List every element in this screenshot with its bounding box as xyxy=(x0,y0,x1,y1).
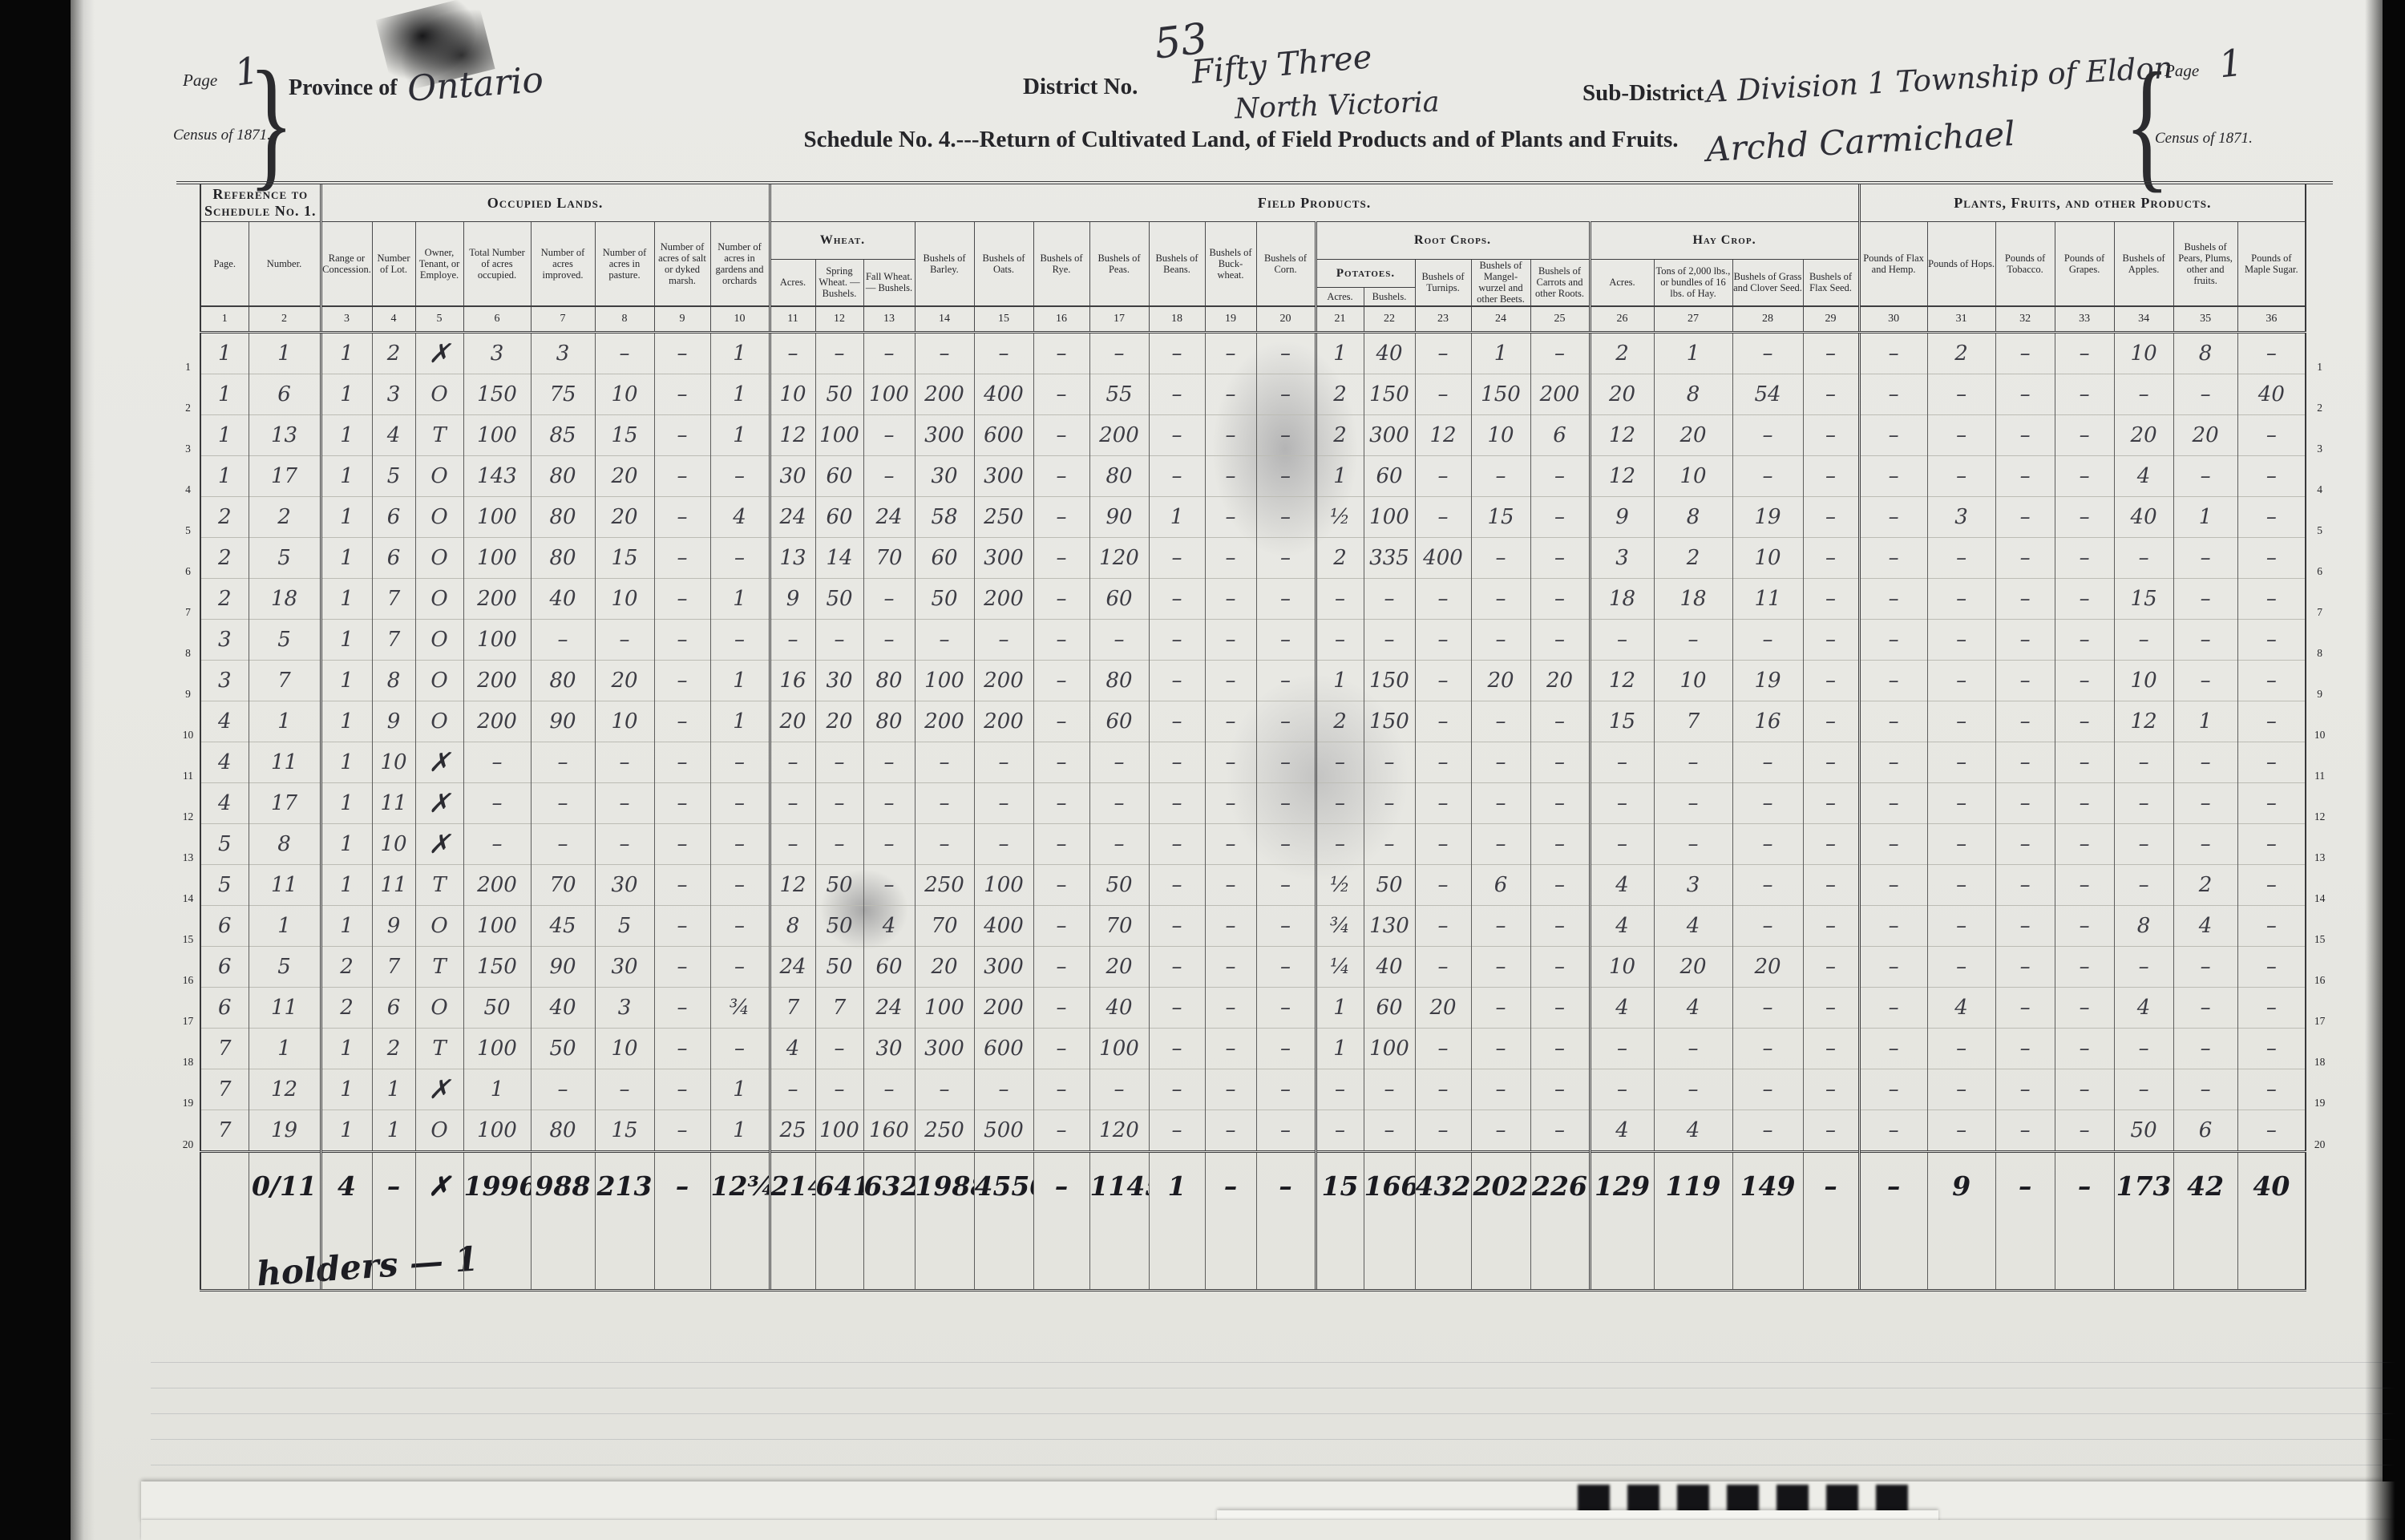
table-cell: 7 xyxy=(249,660,321,701)
table-cell: – xyxy=(1149,742,1205,782)
table-cell: – xyxy=(1732,1110,1803,1151)
column-number: 2 xyxy=(249,306,321,333)
table-cell: – xyxy=(863,578,915,619)
table-cell: T xyxy=(415,414,463,455)
table-cell: – xyxy=(2237,905,2306,946)
table-cell: 12¾ xyxy=(710,1151,770,1220)
table-cell: – xyxy=(2055,1028,2114,1069)
table-cell: – xyxy=(1364,1110,1415,1151)
table-cell: – xyxy=(1256,782,1316,823)
table-cell: 20 xyxy=(1415,987,1471,1028)
table-cell: – xyxy=(1471,701,1530,742)
table-cell: 100 xyxy=(1364,1028,1415,1069)
table-cell: – xyxy=(974,619,1033,660)
table-cell: 3 xyxy=(463,332,531,374)
table-cell: 50 xyxy=(2114,1110,2173,1151)
table-cell: 988 xyxy=(531,1151,595,1220)
table-cell: – xyxy=(1859,987,1927,1028)
table-cell: 7 xyxy=(1654,701,1732,742)
table-cell: – xyxy=(1256,1028,1316,1069)
table-cell: – xyxy=(1316,1110,1364,1151)
table-cell: – xyxy=(2237,332,2306,374)
table-cell: 58 xyxy=(915,496,974,537)
table-cell: – xyxy=(1316,823,1364,864)
column-header: Pounds of Tobacco. xyxy=(1995,222,2055,306)
table-cell: – xyxy=(1732,332,1803,374)
table-cell: 149 xyxy=(1732,1151,1803,1220)
table-cell: – xyxy=(2237,1069,2306,1110)
table-cell: 4 xyxy=(1654,987,1732,1028)
table-cell: O xyxy=(415,660,463,701)
row-number xyxy=(2306,1151,2333,1220)
column-header: Bushels of Barley. xyxy=(915,222,974,306)
table-cell: – xyxy=(1803,619,1859,660)
table-cell: – xyxy=(2055,414,2114,455)
table-cell: – xyxy=(1530,1069,1590,1110)
table-cell: – xyxy=(863,414,915,455)
table-cell: 2 xyxy=(1927,332,1995,374)
table-cell: 100 xyxy=(815,414,863,455)
table-cell: 4 xyxy=(770,1028,815,1069)
table-cell: – xyxy=(1803,1069,1859,1110)
table-cell: 632 xyxy=(863,1151,915,1220)
table-cell: – xyxy=(1859,619,1927,660)
empty-cell xyxy=(1415,1220,1471,1291)
table-cell: 20 xyxy=(595,455,654,496)
table-cell: 250 xyxy=(915,864,974,905)
table-cell: 2 xyxy=(1316,537,1364,578)
table-cell: 1 xyxy=(372,1069,415,1110)
column-header: Owner, Tenant, or Employe. xyxy=(415,222,463,306)
table-cell: – xyxy=(863,619,915,660)
empty-cell xyxy=(1364,1220,1415,1291)
table-cell: 10 xyxy=(595,578,654,619)
table-cell: – xyxy=(1471,987,1530,1028)
empty-cell xyxy=(1033,1220,1089,1291)
table-cell: – xyxy=(1530,946,1590,987)
table-cell: 4 xyxy=(1590,987,1654,1028)
table-cell: – xyxy=(1859,864,1927,905)
table-cell: – xyxy=(1149,701,1205,742)
table-cell: – xyxy=(1316,619,1364,660)
empty-cell xyxy=(815,1220,863,1291)
table-cell: 54 xyxy=(1732,374,1803,414)
table-cell: – xyxy=(2173,946,2237,987)
table-cell: 30 xyxy=(595,946,654,987)
table-cell: – xyxy=(2114,374,2173,414)
empty-cell xyxy=(1530,1220,1590,1291)
table-cell: – xyxy=(654,905,710,946)
table-cell: – xyxy=(2173,823,2237,864)
column-number: 19 xyxy=(1205,306,1256,333)
column-header: Spring Wheat. — Bushels. xyxy=(815,260,863,306)
table-cell: – xyxy=(1415,782,1471,823)
province-label: Province of xyxy=(289,75,398,101)
column-header: Bushels of Oats. xyxy=(974,222,1033,306)
table-cell: – xyxy=(1149,455,1205,496)
table-cell: 9 xyxy=(372,701,415,742)
table-cell: – xyxy=(1364,742,1415,782)
table-cell: 11 xyxy=(372,864,415,905)
table-cell: 70 xyxy=(531,864,595,905)
table-cell: – xyxy=(1256,1110,1316,1151)
column-number: 20 xyxy=(1256,306,1316,333)
table-cell: – xyxy=(2055,946,2114,987)
empty-cell xyxy=(1927,1220,1995,1291)
empty-cell xyxy=(2114,1220,2173,1291)
row-number: 7 xyxy=(176,578,200,619)
table-cell: – xyxy=(710,537,770,578)
table-cell: 1 xyxy=(321,578,372,619)
column-number: 5 xyxy=(415,306,463,333)
table-cell: – xyxy=(710,823,770,864)
table-cell: 200 xyxy=(463,578,531,619)
table-cell: – xyxy=(1732,1069,1803,1110)
table-cell: – xyxy=(1149,374,1205,414)
table-cell: – xyxy=(1471,946,1530,987)
table-cell: – xyxy=(1859,537,1927,578)
table-cell: – xyxy=(1205,987,1256,1028)
table-cell: – xyxy=(1995,660,2055,701)
column-header: Number. xyxy=(249,222,321,306)
table-cell: – xyxy=(1803,578,1859,619)
column-header: Pounds of Grapes. xyxy=(2055,222,2114,306)
row-number: 19 xyxy=(2306,1069,2333,1110)
table-cell: – xyxy=(770,619,815,660)
empty-cell xyxy=(2237,1220,2306,1291)
column-number: 8 xyxy=(595,306,654,333)
row-number: 20 xyxy=(176,1110,200,1151)
table-cell: 4 xyxy=(710,496,770,537)
table-cell: – xyxy=(1530,987,1590,1028)
table-cell: 16 xyxy=(1732,701,1803,742)
table-cell: – xyxy=(1364,1069,1415,1110)
table-cell: 2 xyxy=(200,537,249,578)
table-cell: 1 xyxy=(321,496,372,537)
empty-cell xyxy=(1149,1220,1205,1291)
table-cell: 2 xyxy=(1316,374,1364,414)
table-cell: – xyxy=(2114,782,2173,823)
table-cell: – xyxy=(1995,742,2055,782)
column-header: Bushels of Beans. xyxy=(1149,222,1205,306)
table-cell: 7 xyxy=(770,987,815,1028)
table-cell: – xyxy=(2237,823,2306,864)
table-cell: – xyxy=(1732,905,1803,946)
empty-cell xyxy=(1590,1220,1654,1291)
table-cell: 7 xyxy=(372,619,415,660)
subgroup-header: Wheat. xyxy=(770,222,915,260)
table-cell: – xyxy=(1995,496,2055,537)
table-cell: 5 xyxy=(249,537,321,578)
table-cell: 80 xyxy=(1089,660,1149,701)
table-cell: – xyxy=(1732,455,1803,496)
column-number: 9 xyxy=(654,306,710,333)
table-cell: – xyxy=(654,782,710,823)
table-cell: 40 xyxy=(2114,496,2173,537)
table-cell: 1 xyxy=(321,619,372,660)
table-cell: – xyxy=(2237,864,2306,905)
table-cell: ¾ xyxy=(1316,905,1364,946)
table-cell: – xyxy=(1415,374,1471,414)
table-cell: 4550 xyxy=(974,1151,1033,1220)
table-cell: 100 xyxy=(463,414,531,455)
table-cell: – xyxy=(1256,905,1316,946)
table-cell: – xyxy=(1149,619,1205,660)
column-header: Pounds of Flax and Hemp. xyxy=(1859,222,1927,306)
table-cell: 100 xyxy=(463,496,531,537)
table-cell: 9 xyxy=(770,578,815,619)
column-header: Number of acres in pasture. xyxy=(595,222,654,306)
table-cell: 18 xyxy=(249,578,321,619)
row-number: 1 xyxy=(2306,332,2333,374)
table-cell: 90 xyxy=(531,701,595,742)
table-cell: 1 xyxy=(321,1028,372,1069)
table-cell: 12 xyxy=(770,414,815,455)
table-cell: 20 xyxy=(1471,660,1530,701)
table-cell: – xyxy=(1256,619,1316,660)
column-header: Number of Lot. xyxy=(372,222,415,306)
table-cell: 130 xyxy=(1364,905,1415,946)
row-number: 3 xyxy=(176,414,200,455)
table-cell: 1 xyxy=(710,701,770,742)
table-cell: 2 xyxy=(321,987,372,1028)
table-cell: – xyxy=(974,1069,1033,1110)
subgroup-header: Potatoes. xyxy=(1316,260,1415,288)
table-cell: – xyxy=(1859,578,1927,619)
row-number: 17 xyxy=(2306,987,2333,1028)
table-cell: – xyxy=(2055,742,2114,782)
table-cell: – xyxy=(1256,414,1316,455)
table-cell: 1 xyxy=(321,332,372,374)
subdistrict-label: Sub-District xyxy=(1582,80,1704,107)
table-cell: – xyxy=(1415,905,1471,946)
table-cell: – xyxy=(1205,1028,1256,1069)
table-cell: – xyxy=(1803,1028,1859,1069)
table-cell: – xyxy=(1732,619,1803,660)
empty-cell xyxy=(249,1220,321,1291)
table-cell: 75 xyxy=(531,374,595,414)
row-number-gutter xyxy=(176,183,200,332)
table-cell: 3 xyxy=(200,660,249,701)
table-cell: – xyxy=(710,455,770,496)
table-cell: 3 xyxy=(1927,496,1995,537)
table-cell: 60 xyxy=(815,455,863,496)
table-cell: – xyxy=(1732,987,1803,1028)
table-cell: 100 xyxy=(863,374,915,414)
table-cell: – xyxy=(1803,496,1859,537)
subdistrict-value: A Division 1 Township of Eldon xyxy=(1705,51,2173,109)
table-cell: – xyxy=(1471,537,1530,578)
table-cell: – xyxy=(1859,374,1927,414)
table-cell: – xyxy=(1033,1069,1089,1110)
table-cell: 50 xyxy=(531,1028,595,1069)
table-cell: – xyxy=(1859,823,1927,864)
table-cell: – xyxy=(1205,905,1256,946)
table-cell: – xyxy=(974,742,1033,782)
table-cell: – xyxy=(1732,1028,1803,1069)
table-cell: 1 xyxy=(200,455,249,496)
table-cell: – xyxy=(770,332,815,374)
table-cell: – xyxy=(1316,578,1364,619)
table-cell: 40 xyxy=(1089,987,1149,1028)
table-cell: 10 xyxy=(2114,332,2173,374)
row-number: 12 xyxy=(2306,782,2333,823)
table-cell: 100 xyxy=(815,1110,863,1151)
table-cell: – xyxy=(654,374,710,414)
table-cell: 1 xyxy=(321,1069,372,1110)
table-cell: 400 xyxy=(1415,537,1471,578)
table-cell: – xyxy=(1149,823,1205,864)
table-cell: – xyxy=(2114,946,2173,987)
table-cell: 1665 xyxy=(1364,1151,1415,1220)
table-cell: – xyxy=(1530,905,1590,946)
table-cell: 4 xyxy=(1590,1110,1654,1151)
table-cell: 3 xyxy=(1590,537,1654,578)
table-cell: 120 xyxy=(1089,537,1149,578)
table-cell: 200 xyxy=(974,701,1033,742)
table-cell: – xyxy=(1205,619,1256,660)
table-cell: 6 xyxy=(372,987,415,1028)
table-cell: 6 xyxy=(1471,864,1530,905)
column-header: Bushels of Flax Seed. xyxy=(1803,260,1859,306)
table-cell: – xyxy=(1033,332,1089,374)
empty-cell xyxy=(321,1220,372,1291)
table-cell: 100 xyxy=(463,905,531,946)
table-cell: – xyxy=(1033,946,1089,987)
table-cell: – xyxy=(2114,864,2173,905)
table-cell: 85 xyxy=(531,414,595,455)
row-number: 17 xyxy=(176,987,200,1028)
table-cell: – xyxy=(1654,1069,1732,1110)
column-header: Fall Wheat. — Bushels. xyxy=(863,260,915,306)
column-number: 31 xyxy=(1927,306,1995,333)
table-cell: 7 xyxy=(815,987,863,1028)
table-cell: – xyxy=(1530,701,1590,742)
table-cell: 20 xyxy=(2173,414,2237,455)
table-cell: – xyxy=(815,1028,863,1069)
table-cell: – xyxy=(1927,1110,1995,1151)
table-cell: 10 xyxy=(595,701,654,742)
row-number: 8 xyxy=(2306,619,2333,660)
table-cell: – xyxy=(531,782,595,823)
row-number: 2 xyxy=(176,374,200,414)
table-cell: 60 xyxy=(915,537,974,578)
table-cell: ½ xyxy=(1316,864,1364,905)
column-number: 3 xyxy=(321,306,372,333)
table-cell: – xyxy=(1205,414,1256,455)
table-cell: 100 xyxy=(463,537,531,578)
table-body: 11112✗33––1––––––––––140–1–21–––2––108–1… xyxy=(176,332,2333,1290)
table-cell: 12 xyxy=(2114,701,2173,742)
table-cell: – xyxy=(1530,455,1590,496)
table-cell: 300 xyxy=(974,537,1033,578)
column-header: Acres. xyxy=(770,260,815,306)
table-cell: 13 xyxy=(770,537,815,578)
table-cell: – xyxy=(1364,782,1415,823)
table-cell: 10 xyxy=(595,1028,654,1069)
table-cell: – xyxy=(974,823,1033,864)
table-cell: – xyxy=(1256,455,1316,496)
table-cell: – xyxy=(1415,455,1471,496)
table-cell: 1 xyxy=(200,414,249,455)
empty-cell xyxy=(1256,1220,1316,1291)
table-cell: – xyxy=(915,782,974,823)
district-name: North Victoria xyxy=(1234,87,1440,126)
table-cell: 5 xyxy=(249,619,321,660)
table-cell: – xyxy=(1803,987,1859,1028)
column-header: Bushels of Turnips. xyxy=(1415,260,1471,306)
table-cell: – xyxy=(2173,374,2237,414)
table-cell: 90 xyxy=(1089,496,1149,537)
table-cell: – xyxy=(1927,946,1995,987)
empty-cell xyxy=(974,1220,1033,1291)
table-cell: – xyxy=(1995,619,2055,660)
table-cell: 5 xyxy=(200,864,249,905)
table-cell: – xyxy=(863,332,915,374)
table-cell: 7 xyxy=(372,946,415,987)
column-number: 12 xyxy=(815,306,863,333)
table-cell: 7 xyxy=(372,578,415,619)
row-number: 18 xyxy=(176,1028,200,1069)
empty-cell xyxy=(863,1220,915,1291)
table-cell: 119 xyxy=(1654,1151,1732,1220)
empty-cell xyxy=(770,1220,815,1291)
table-cell: O xyxy=(415,537,463,578)
table-cell: 1 xyxy=(710,1110,770,1151)
table-cell: 7 xyxy=(200,1069,249,1110)
table-cell: 8 xyxy=(1654,374,1732,414)
column-header: Total Number of acres occupied. xyxy=(463,222,531,306)
table-cell: 1 xyxy=(710,660,770,701)
table-cell: 80 xyxy=(531,455,595,496)
row-number: 13 xyxy=(176,823,200,864)
table-cell: – xyxy=(654,742,710,782)
table-cell: – xyxy=(2055,455,2114,496)
table-cell: – xyxy=(1149,987,1205,1028)
table-cell: – xyxy=(1471,455,1530,496)
table-cell: – xyxy=(2173,987,2237,1028)
column-number: 21 xyxy=(1316,306,1364,333)
column-header: Bushels of Peas. xyxy=(1089,222,1149,306)
table-cell: 1 xyxy=(321,864,372,905)
table-cell: 20 xyxy=(1530,660,1590,701)
table-cell: – xyxy=(1205,742,1256,782)
table-cell: T xyxy=(415,864,463,905)
empty-cell xyxy=(415,1220,463,1291)
table-cell: – xyxy=(1471,782,1530,823)
table-cell: 641 xyxy=(815,1151,863,1220)
row-number: 10 xyxy=(2306,701,2333,742)
table-cell: 202 xyxy=(1471,1151,1530,1220)
table-cell: 250 xyxy=(974,496,1033,537)
table-cell: 12 xyxy=(1590,660,1654,701)
row-number: 3 xyxy=(2306,414,2333,455)
table-cell: – xyxy=(531,823,595,864)
table-cell: 11 xyxy=(249,742,321,782)
table-cell: – xyxy=(595,332,654,374)
table-cell: 9 xyxy=(1590,496,1654,537)
table-cell: 15 xyxy=(595,1110,654,1151)
table-cell: – xyxy=(1927,660,1995,701)
table-cell: 150 xyxy=(1471,374,1530,414)
table-cell: 100 xyxy=(974,864,1033,905)
empty-cell xyxy=(1089,1220,1149,1291)
table-cell: 6 xyxy=(200,905,249,946)
table-cell: – xyxy=(1590,619,1654,660)
table-cell: – xyxy=(815,823,863,864)
table-cell: – xyxy=(915,332,974,374)
table-cell: – xyxy=(1089,332,1149,374)
